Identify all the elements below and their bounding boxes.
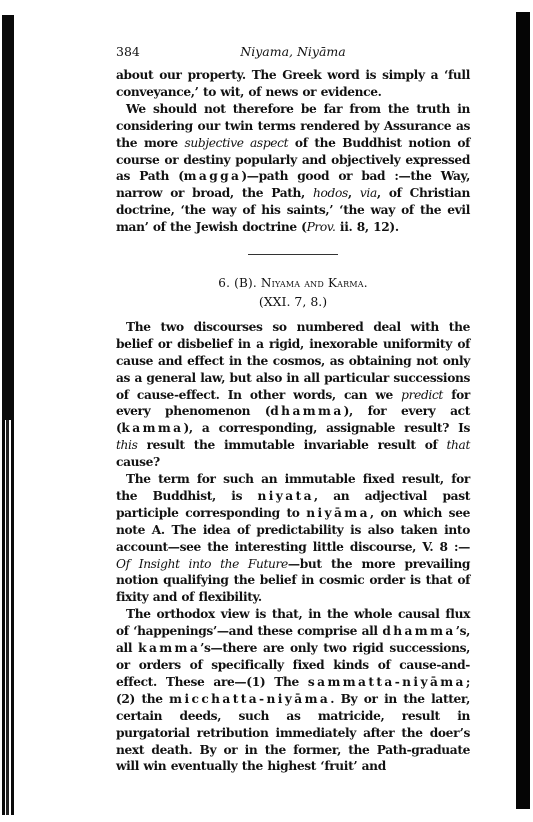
paragraph-text: , — [348, 186, 360, 200]
paragraph-text: ii. 8, 12). — [336, 220, 399, 234]
section-divider — [248, 254, 338, 255]
pali-term: dhamma — [382, 624, 455, 638]
paragraph-5: The orthodox view is that, in the whole … — [116, 606, 470, 775]
section-title: Niyama and Karma. — [261, 276, 368, 290]
pali-term: niyāma — [306, 506, 370, 520]
paragraph-4: The term for such an immutable fixed res… — [116, 471, 470, 606]
section-reference: (XXI. 7, 8.) — [116, 294, 470, 311]
italic-term: Prov. — [307, 220, 336, 234]
book-page: 384 Niyama, Niyāma about our property. T… — [116, 44, 470, 775]
running-title: Niyama, Niyāma — [116, 44, 470, 61]
italic-term: that — [446, 438, 470, 452]
paragraph-1: about our property. The Greek word is si… — [116, 67, 470, 101]
pali-term: magga — [184, 169, 242, 183]
paragraph-2: We should not therefore be far from the … — [116, 101, 470, 236]
scan-edge-left-thin — [6, 420, 9, 815]
pali-term: micchatta-niyāma — [169, 692, 330, 706]
italic-term: subjective aspect — [185, 136, 289, 150]
paragraph-text: about our property. The Greek word is si… — [116, 68, 470, 99]
italic-term: predict — [401, 388, 443, 402]
pali-term: kamma — [138, 641, 200, 655]
pali-term: kamma — [121, 421, 183, 435]
section-number: 6. (B). — [218, 276, 257, 290]
italic-term: via — [360, 186, 377, 200]
pali-term: dhamma — [270, 404, 343, 418]
italic-term: this — [116, 438, 138, 452]
italic-term: Of Insight into the Future — [116, 557, 288, 571]
scan-edge-right — [516, 12, 530, 809]
pali-term: niyata — [258, 489, 314, 503]
section-heading: 6. (B). Niyama and Karma. — [116, 275, 470, 292]
pali-term: sammatta-niyāma — [308, 675, 466, 689]
paragraph-text: ), a corresponding, assignable result? I… — [183, 421, 470, 435]
paragraph-text: result the immutable invariable result o… — [138, 438, 447, 452]
page-header: 384 Niyama, Niyāma — [116, 44, 470, 64]
paragraph-text: cause? — [116, 455, 160, 469]
italic-term: hodos — [313, 186, 348, 200]
paragraph-3: The two discourses so numbered deal with… — [116, 319, 470, 471]
